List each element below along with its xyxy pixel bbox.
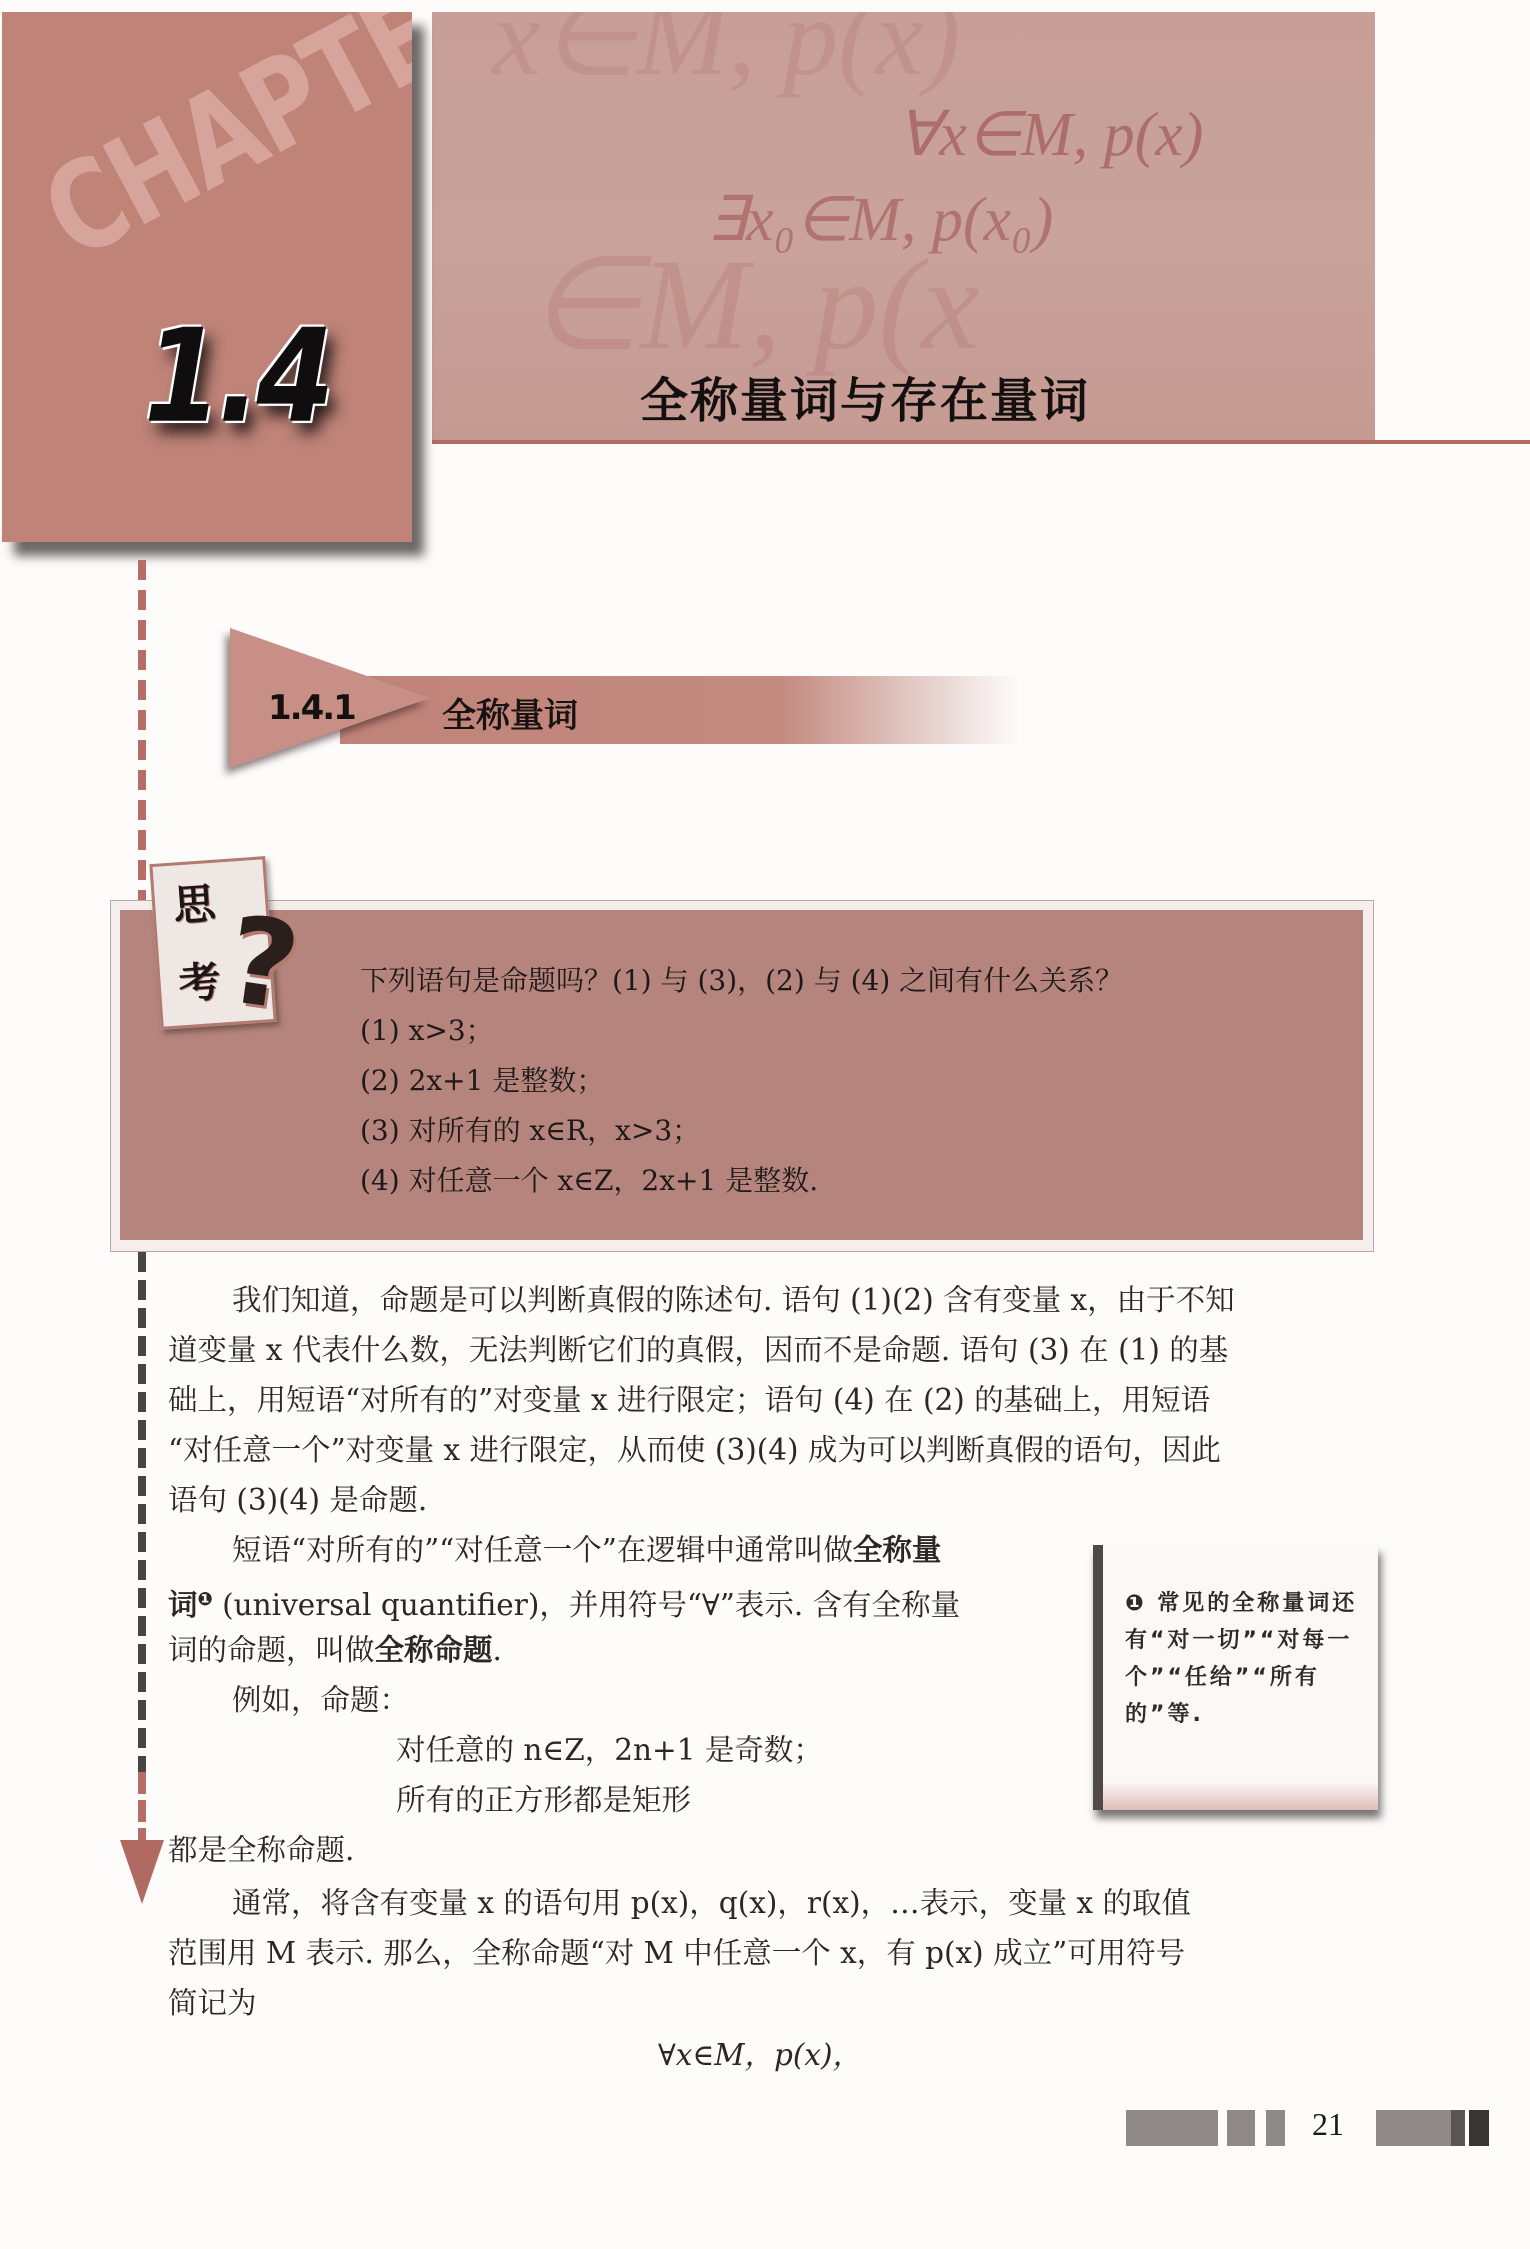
guide-line-tail (138, 1772, 146, 1842)
subsection-title: 全称量词 (442, 688, 578, 737)
guide-line-body (138, 1252, 146, 1772)
watermark-formula: ∀x∈M, p(x) (897, 97, 1203, 171)
text-span: . (493, 1633, 502, 1667)
page-bar (1266, 2110, 1285, 2146)
paragraph-1: 我们知道，命题是可以判断真假的陈述句. 语句 (1)(2) 含有变量 x，由于不… (168, 1275, 1235, 1525)
footnote-marker[interactable]: ❶ (198, 1589, 213, 1610)
think-item: (1) x>3； (360, 1006, 1123, 1056)
page-bar (1469, 2110, 1489, 2146)
text-span: 词的命题，叫做 (168, 1633, 375, 1667)
paragraph-2: 短语“对所有的”“对任意一个”在逻辑中通常叫做全称量 词❶ (universal… (168, 1525, 960, 1875)
page-bar (1451, 2110, 1465, 2146)
text-line: 道变量 x 代表什么数，无法判断它们的真假，因而不是命题. 语句 (3) 在 (… (168, 1325, 1235, 1375)
term-bold: 全称量 (853, 1533, 942, 1567)
example-outro: 都是全称命题. (168, 1825, 960, 1875)
page-number: 21 (1312, 2106, 1344, 2143)
formula: ∀x∈M，p(x)， (658, 2030, 862, 2080)
watermark-formula: ∈M, p(x (527, 227, 980, 380)
section-number: 1.4 (144, 302, 330, 452)
arrow-down-icon (120, 1840, 164, 1904)
watermark-formula: x∈M, p(x) (492, 12, 960, 101)
page-bar (1126, 2110, 1218, 2146)
text-line: 通常，将含有变量 x 的语句用 p(x)，q(x)，r(x)，…表示，变量 x … (168, 1878, 1191, 1928)
think-icon-char: 考 (177, 949, 223, 1012)
text-line: 范围用 M 表示. 那么，全称命题“对 M 中任意一个 x，有 p(x) 成立”… (168, 1928, 1191, 1978)
text-line: 语句 (3)(4) 是命题. (168, 1475, 1235, 1525)
term-bold: 全称命题 (375, 1633, 493, 1667)
subsection-number: 1.4.1 (268, 688, 355, 728)
example-item: 所有的正方形都是矩形 (168, 1775, 960, 1825)
chapter-badge: CHAPTER 1 1.4 (2, 12, 412, 542)
header-rule (432, 440, 1530, 444)
page-bar (1227, 2110, 1255, 2146)
side-note-curl (1103, 1782, 1378, 1810)
text-line: 简记为 (168, 1978, 1191, 2028)
think-item: (2) 2x+1 是整数； (360, 1056, 1123, 1106)
chapter-label: CHAPTER 1 (22, 12, 412, 288)
section-title: 全称量词与存在量词 (640, 362, 1090, 431)
example-item: 对任意的 n∈Z，2n+1 是奇数； (168, 1725, 960, 1775)
side-note: ❶ 常见的全称量词还有“对一切”“对每一个”“任给”“所有的”等. (1093, 1545, 1378, 1810)
think-box-text: 下列语句是命题吗？(1) 与 (3)，(2) 与 (4) 之间有什么关系？ (1… (360, 956, 1123, 1206)
text-span: 短语“对所有的”“对任意一个”在逻辑中通常叫做 (232, 1533, 853, 1567)
guide-line-top (138, 560, 146, 900)
think-icon-char: 思 (171, 871, 217, 934)
think-item: (3) 对所有的 x∈R，x>3； (360, 1106, 1123, 1156)
think-question: 下列语句是命题吗？(1) 与 (3)，(2) 与 (4) 之间有什么关系？ (360, 956, 1123, 1006)
term-bold: 词 (168, 1588, 198, 1622)
text-line: 我们知道，命题是可以判断真假的陈述句. 语句 (1)(2) 含有变量 x，由于不… (168, 1275, 1235, 1325)
text-line: 础上，用短语“对所有的”对变量 x 进行限定；语句 (4) 在 (2) 的基础上… (168, 1375, 1235, 1425)
page-bar (1376, 2110, 1451, 2146)
text-line: 词的命题，叫做全称命题. (168, 1625, 960, 1675)
paragraph-3: 通常，将含有变量 x 的语句用 p(x)，q(x)，r(x)，…表示，变量 x … (168, 1878, 1191, 2028)
text-line: “对任意一个”对变量 x 进行限定，从而使 (3)(4) 成为可以判断真假的语句… (168, 1425, 1235, 1475)
text-span: (universal quantifier)，并用符号“∀”表示. 含有全称量 (213, 1588, 960, 1622)
example-intro: 例如，命题： (168, 1675, 960, 1725)
think-item: (4) 对任意一个 x∈Z，2x+1 是整数. (360, 1156, 1123, 1206)
side-note-text: ❶ 常见的全称量词还有“对一切”“对每一个”“任给”“所有的”等. (1125, 1585, 1365, 1733)
text-line: 词❶ (universal quantifier)，并用符号“∀”表示. 含有全… (168, 1575, 960, 1625)
text-line: 短语“对所有的”“对任意一个”在逻辑中通常叫做全称量 (168, 1525, 960, 1575)
